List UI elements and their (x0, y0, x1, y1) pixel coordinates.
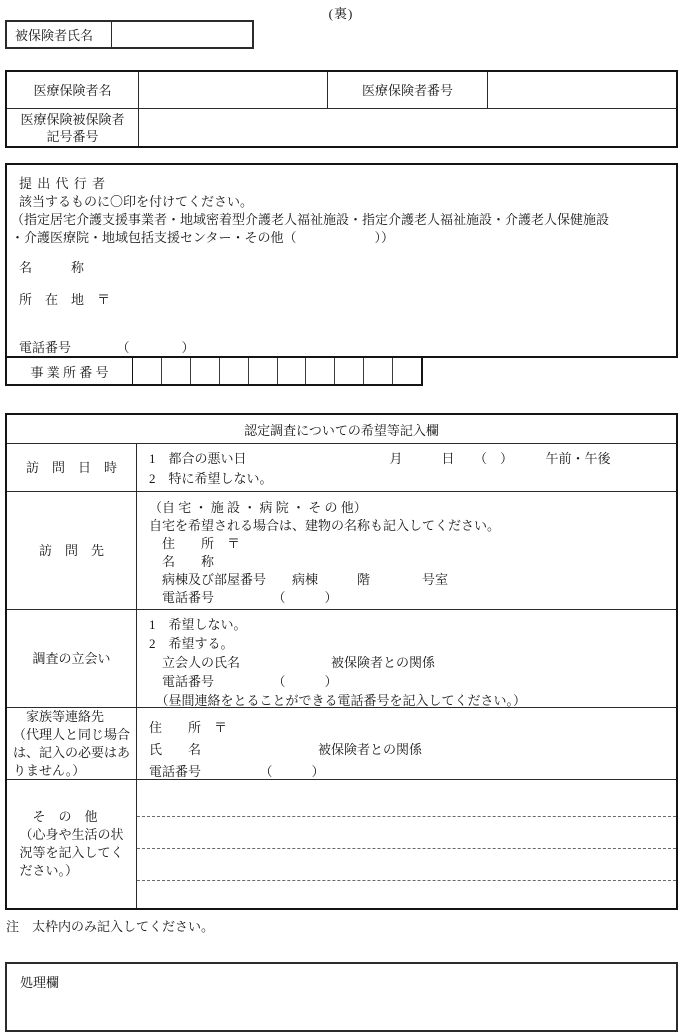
agent-name-label: 名 称 (19, 257, 84, 276)
office-number-cell[interactable] (306, 358, 335, 384)
office-number-cells (133, 358, 421, 384)
processing-box[interactable]: 処理欄 (5, 962, 678, 1032)
insurer-name-label: 医療保険者名 (7, 72, 139, 109)
visit-place-label: 訪 問 先 (7, 492, 137, 609)
office-number-cell[interactable] (220, 358, 249, 384)
insurer-name-field[interactable] (139, 72, 328, 109)
office-number-cell[interactable] (335, 358, 364, 384)
survey-title: 認定調査についての希望等記入欄 (7, 415, 676, 444)
office-number-cell[interactable] (364, 358, 393, 384)
office-number-label: 事 業 所 番 号 (7, 358, 133, 384)
family-contact-label: 家族等連絡先 （代理人と同じ場合 は、記入の必要はあ りません。） (7, 708, 137, 779)
agent-options-line1: （指定居宅介護支援事業者・地域密着型介護老人福祉施設・指定介護老人福祉施設・介護… (11, 209, 609, 228)
office-number-cell[interactable] (249, 358, 278, 384)
office-number-cell[interactable] (393, 358, 421, 384)
office-number-cell[interactable] (191, 358, 220, 384)
survey-row-other: そ の 他 （心身や生活の状 況等を記入してく ださい。） (7, 780, 676, 908)
office-number-cell[interactable] (162, 358, 191, 384)
symbol-number-field[interactable] (139, 109, 676, 146)
office-number-cell[interactable] (133, 358, 162, 384)
processing-label: 処理欄 (20, 972, 59, 991)
symbol-number-label: 医療保険被保険者 記号番号 (7, 109, 139, 146)
agent-options-line2: ・介護医療院・地域包括支援センター・その他（ ）） (11, 227, 394, 246)
insurer-number-label: 医療保険者番号 (328, 72, 488, 109)
form-page: (裏) 被保険者氏名 医療保険者名 医療保険者番号 医療保険被保険者 記号番号 … (0, 0, 682, 1034)
survey-row-family-contact: 家族等連絡先 （代理人と同じ場合 は、記入の必要はあ りません。） 住 所 〒 … (7, 708, 676, 780)
agent-title: 提 出 代 行 者 (19, 173, 106, 192)
writing-line[interactable] (137, 881, 676, 908)
agent-address-label: 所 在 地 〒 (19, 289, 110, 308)
witness-label: 調査の立会い (7, 610, 137, 707)
writing-line[interactable] (137, 849, 676, 881)
other-content (137, 780, 676, 908)
medical-insurance-table: 医療保険者名 医療保険者番号 医療保険被保険者 記号番号 (5, 70, 678, 148)
witness-content[interactable]: 1 希望しない。 2 希望する。 立会人の氏名 被保険者との関係 電話番号 （ … (137, 610, 676, 707)
survey-table: 認定調査についての希望等記入欄 訪 問 日 時 1 都合の悪い日 月 日 （ ）… (5, 413, 678, 910)
agent-instruction: 該当するものに〇印を付けてください。 (19, 191, 253, 210)
family-contact-content[interactable]: 住 所 〒 氏 名 被保険者との関係 電話番号 （ ） (137, 708, 676, 779)
other-label: そ の 他 （心身や生活の状 況等を記入してく ださい。） (7, 780, 137, 908)
office-number-cell[interactable] (278, 358, 307, 384)
writing-line[interactable] (137, 817, 676, 849)
agent-phone-label: 電話番号 （ ） (19, 337, 195, 356)
insured-name-field[interactable] (112, 22, 252, 47)
visit-place-content[interactable]: （自 宅 ・ 施 設 ・ 病 院 ・ そ の 他） 自宅を希望される場合は、建物… (137, 492, 676, 609)
insured-name-label: 被保険者氏名 (7, 22, 112, 47)
survey-row-visit-datetime: 訪 問 日 時 1 都合の悪い日 月 日 （ ） 午前・午後 2 特に希望しない… (7, 444, 676, 492)
submission-agent-box: 提 出 代 行 者 該当するものに〇印を付けてください。 （指定居宅介護支援事業… (5, 163, 678, 358)
survey-row-visit-place: 訪 問 先 （自 宅 ・ 施 設 ・ 病 院 ・ そ の 他） 自宅を希望される… (7, 492, 676, 610)
writing-line[interactable] (137, 780, 676, 817)
insurer-number-field[interactable] (488, 72, 676, 109)
survey-row-witness: 調査の立会い 1 希望しない。 2 希望する。 立会人の氏名 被保険者との関係 … (7, 610, 676, 708)
visit-datetime-content[interactable]: 1 都合の悪い日 月 日 （ ） 午前・午後 2 特に希望しない。 (137, 444, 676, 491)
note-text: 注 太枠内のみ記入してください。 (6, 916, 214, 935)
office-number-row: 事 業 所 番 号 (5, 358, 423, 386)
visit-datetime-label: 訪 問 日 時 (7, 444, 137, 491)
insured-name-box: 被保険者氏名 (5, 20, 254, 49)
